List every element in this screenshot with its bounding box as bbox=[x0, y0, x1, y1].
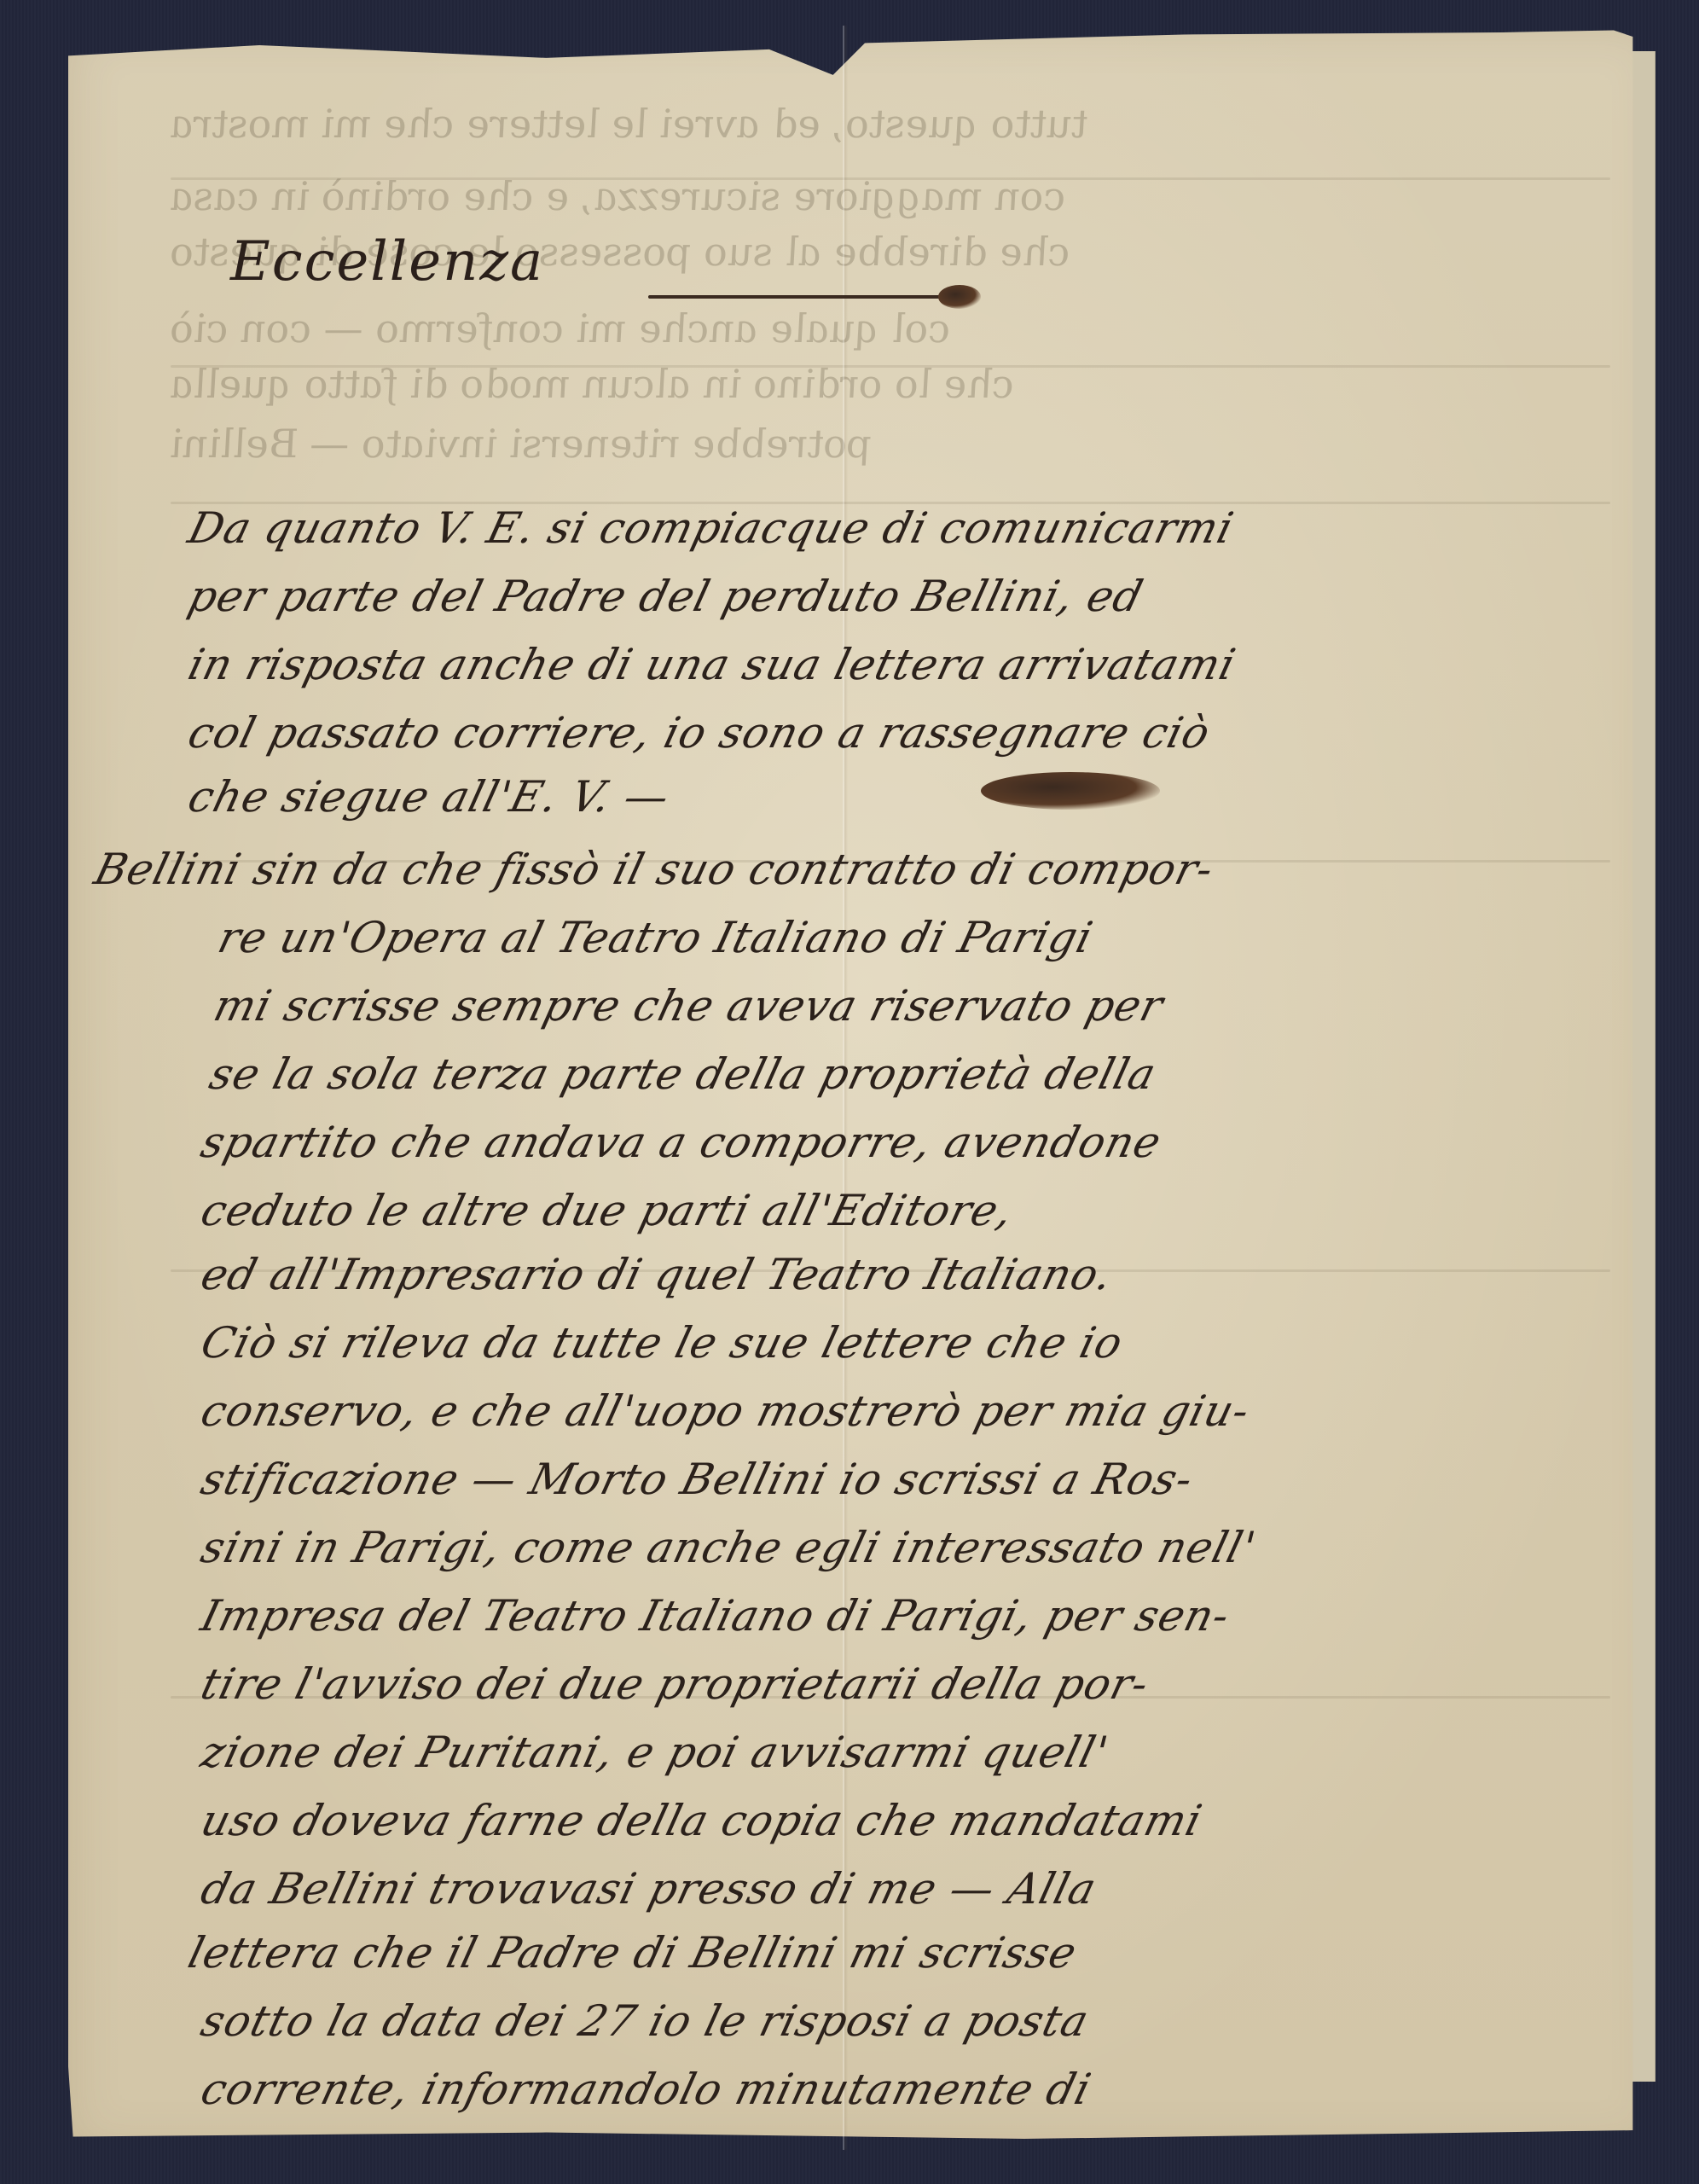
letter-line: per parte del Padre del perduto Bellini,… bbox=[183, 572, 1148, 621]
bleed-through-text: che lo ordino in alcun modo di fatto que… bbox=[165, 361, 1020, 407]
letter-line: tire l'avviso dei due proprietarii della… bbox=[196, 1659, 1154, 1709]
letter-line: che siegue all'E. V. — bbox=[183, 772, 675, 822]
letter-line: sotto la data dei 27 io le risposi a pos… bbox=[196, 1996, 1094, 2046]
letter-line: ceduto le altre due parti all'Editore, bbox=[196, 1186, 1018, 1235]
bleed-through-text: col quale anche mi confermo — con ciò bbox=[165, 305, 956, 351]
letter-line: da Bellini trovavasi presso di me — Alla bbox=[196, 1864, 1102, 1914]
ink-blot bbox=[938, 285, 981, 309]
letter-line: col passato corriere, io sono a rassegna… bbox=[183, 708, 1215, 758]
letter-line: Bellini sin da che fissò il suo contratt… bbox=[90, 845, 1219, 894]
letter-line: uso doveva farne della copia che mandata… bbox=[196, 1796, 1207, 1845]
letter-line: Ciò si rileva da tutte le sue lettere ch… bbox=[196, 1318, 1128, 1368]
ink-blot bbox=[981, 772, 1160, 810]
bleed-through-text: potrebbe ritenersi inviato — Bellini bbox=[165, 421, 878, 467]
letter-line: in risposta anche di una sua lettera arr… bbox=[183, 640, 1241, 689]
letter-line: re un'Opera al Teatro Italiano di Parigi bbox=[213, 913, 1098, 962]
letter-line: mi scrisse sempre che aveva riservato pe… bbox=[209, 981, 1168, 1031]
bleed-through-text: con maggiore sicurezza, e che ordinò in … bbox=[165, 173, 1071, 219]
letter-line: ed all'Impresario di quel Teatro Italian… bbox=[196, 1250, 1118, 1299]
letter-line: Da quanto V. E. si compiacque di comunic… bbox=[183, 503, 1238, 553]
letter-line: zione dei Puritani, e poi avvisarmi quel… bbox=[196, 1728, 1114, 1777]
letter-line: Impresa del Teatro Italiano di Parigi, p… bbox=[196, 1591, 1235, 1641]
salutation-flourish bbox=[648, 295, 955, 299]
letter-line: se la sola terza parte della proprietà d… bbox=[205, 1049, 1162, 1099]
bleed-through-text: tutto questo, ed avrei le lettere che mi… bbox=[165, 101, 1093, 147]
letter-line: sini in Parigi, come anche egli interess… bbox=[196, 1523, 1261, 1572]
letter-line: lettera che il Padre di Bellini mi scris… bbox=[183, 1928, 1082, 1978]
letter-line: corrente, informandolo minutamente di bbox=[196, 2065, 1096, 2114]
letter-salutation: Eccellenza bbox=[230, 230, 544, 293]
letter-line: conservo, e che all'uopo mostrerò per mi… bbox=[196, 1386, 1255, 1436]
letter-line: stificazione — Morto Bellini io scrissi … bbox=[196, 1455, 1198, 1504]
letter-line: spartito che andava a comporre, avendone bbox=[196, 1118, 1167, 1167]
